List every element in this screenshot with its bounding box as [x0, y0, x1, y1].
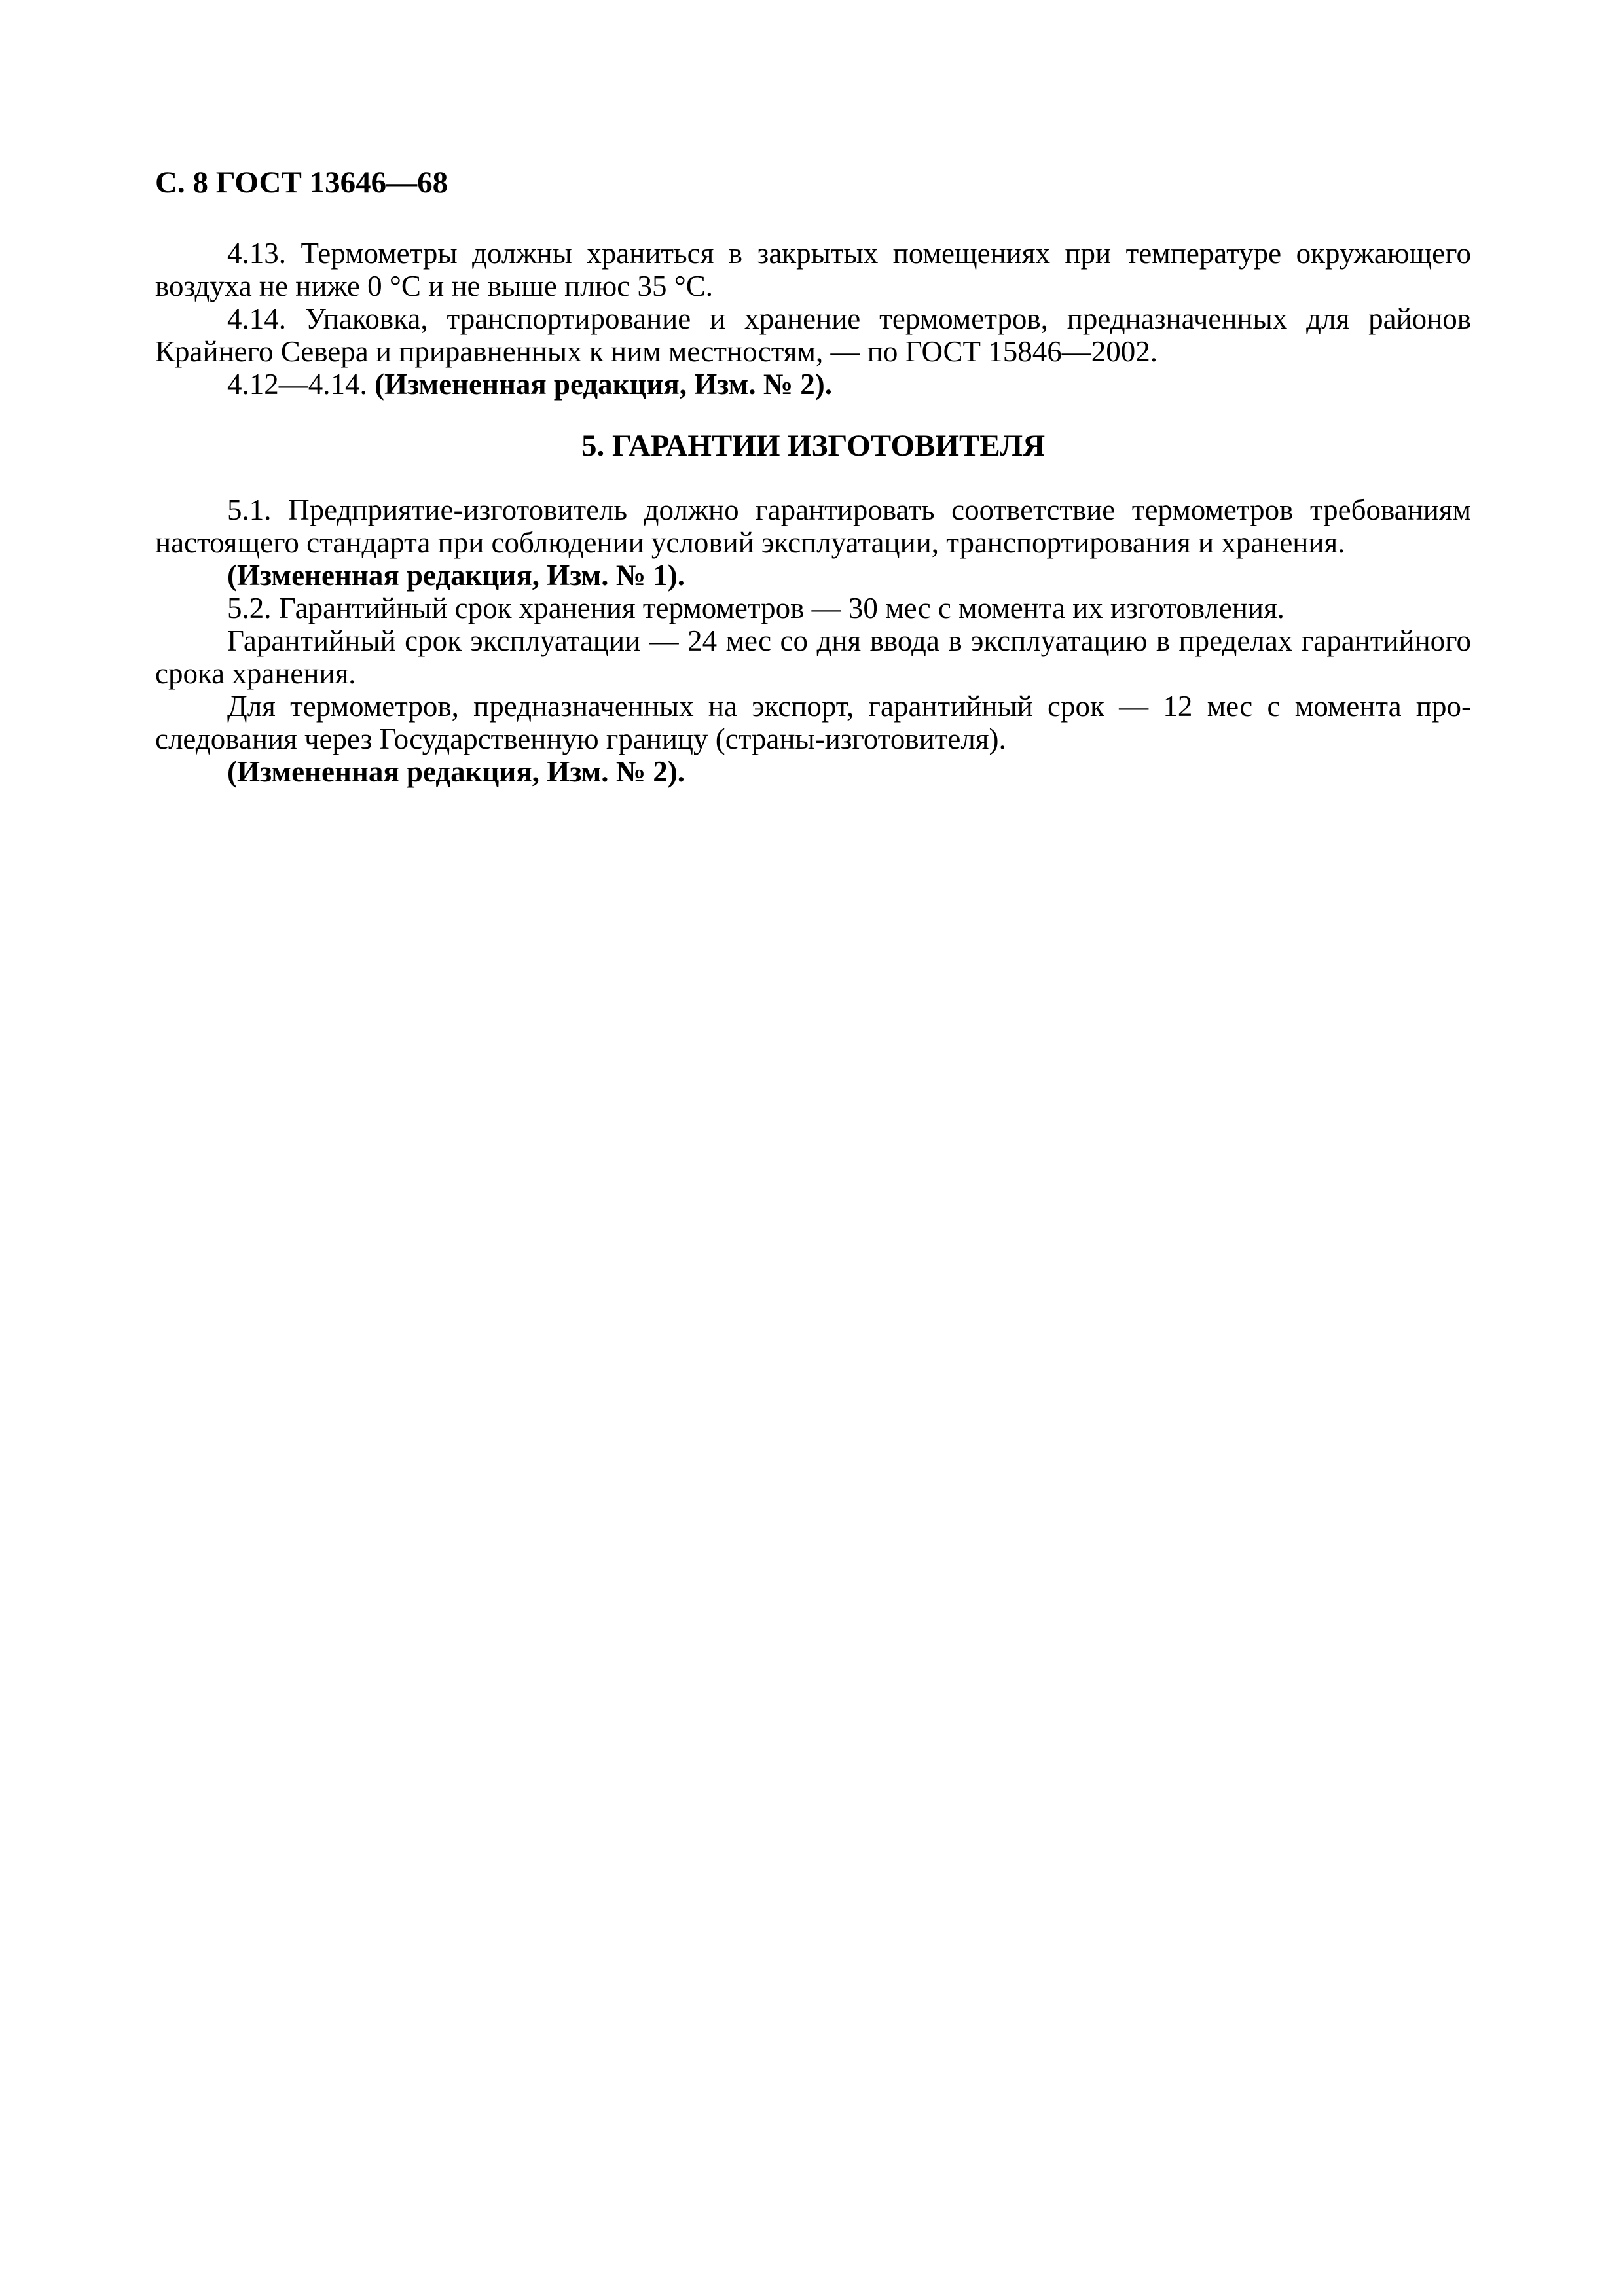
running-header: С. 8 ГОСТ 13646—68: [155, 165, 448, 200]
document-body: 4.13. Термометры должны храниться в закр…: [155, 237, 1471, 788]
clause-5-2-operation-text: Гарантийный срок эксплуатации — 24 мес с…: [155, 624, 1471, 690]
clause-5-2-operation-term: Гарантийный срок эксплуатации — 24 мес с…: [155, 624, 1471, 690]
clause-5-2-export-text: Для термометров, предназначенных на эксп…: [155, 690, 1471, 755]
clause-5-2: 5.2. Гарантийный срок хранения термометр…: [155, 592, 1471, 624]
amendment-note-2: (Измененная редакция, Изм. № 2).: [374, 368, 832, 401]
amendment-note-2-final: (Измененная редакция, Изм. № 2).: [227, 755, 685, 788]
amendment-note-1-paragraph: (Измененная редакция, Изм. № 1).: [155, 559, 1471, 592]
amendment-note-1: (Измененная редакция, Изм. № 1).: [227, 559, 685, 592]
clause-5-1: 5.1. Предприятие-изготовитель должно гар…: [155, 493, 1471, 559]
clause-4-14-text: 4.14. Упаковка, транспортирование и хран…: [155, 302, 1471, 368]
amendment-note-2-paragraph: (Измененная редакция, Изм. № 2).: [155, 755, 1471, 788]
clause-5-2-export-term: Для термометров, предназначенных на эксп…: [155, 690, 1471, 755]
clause-4-14: 4.14. Упаковка, транспортирование и хран…: [155, 302, 1471, 368]
clause-4-13-text: 4.13. Термометры должны храниться в закр…: [155, 237, 1471, 302]
clause-5-2-text: 5.2. Гарантийный срок хранения термометр…: [227, 592, 1285, 624]
section-5-heading: 5. ГАРАНТИИ ИЗГОТОВИТЕЛЯ: [155, 429, 1471, 462]
clause-4-13: 4.13. Термометры должны храниться в закр…: [155, 237, 1471, 302]
clause-4-12-4-14-amendment: 4.12—4.14. (Измененная редакция, Изм. № …: [155, 368, 1471, 401]
clause-range-text: 4.12—4.14.: [227, 368, 374, 401]
clause-5-1-text: 5.1. Предприятие-изготовитель должно гар…: [155, 493, 1471, 559]
